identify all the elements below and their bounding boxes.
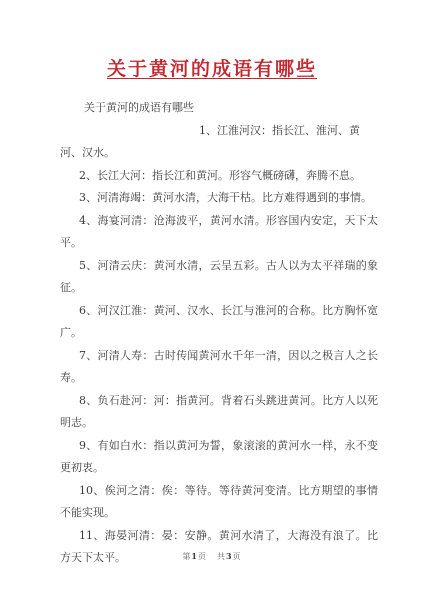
document-body: 关于黄河的成语有哪些 1、江淮河汉：指长江、淮河、黄河、汉水。 2、长江大河：指… [60,97,378,570]
idiom-item-8: 8、负石赴河：河：指黄河。背着石头跳进黄河。比方人以死明志。 [60,390,378,435]
idiom-item-11: 11、海晏河清：晏：安静。黄河水清了，大海没有浪了。比方天下太平。 [60,525,378,570]
idiom-item-2: 2、长江大河：指长江和黄河。形容气概磅礴，奔腾不息。 [60,165,378,188]
idiom-item-10: 10、俟河之清：俟：等待。等待黄河变清。比方期望的事情不能实现。 [60,480,378,525]
footer-page-suffix: 页 [198,552,207,561]
idiom-item-7: 7、河清人寿：古时传闻黄河水千年一清，因以之极言人之长寿。 [60,345,378,390]
footer-total-number: 3 [226,551,233,561]
idiom-item-9: 9、有如白水：指以黄河为誓，象滚滚的黄河水一样，永不变更初衷。 [60,435,378,480]
idiom-item-6: 6、河汉江淮：黄河、汉水、长江与淮河的合称。比方胸怀宽广。 [60,300,378,345]
page-footer: 第1页共3页 [0,551,424,562]
idiom-item-3: 3、河清海竭：黄河水清，大海干枯。比方难得遇到的事情。 [60,187,378,210]
footer-total-prefix: 共 [217,552,226,561]
document-subtitle: 关于黄河的成语有哪些 [60,97,378,120]
footer-total-suffix: 页 [233,552,242,561]
idiom-item-4: 4、海宴河清：沧海波平，黄河水清。形容国内安定，天下太平。 [60,210,378,255]
footer-page-number: 1 [191,551,198,561]
idiom-item-5: 5、河清云庆：黄河水清，云呈五彩。古人以为太平祥瑞的象征。 [60,255,378,300]
document-page: 关于黄河的成语有哪些 关于黄河的成语有哪些 1、江淮河汉：指长江、淮河、黄河、汉… [0,0,424,600]
idiom-item-1: 1、江淮河汉：指长江、淮河、黄河、汉水。 [60,120,378,165]
page-title: 关于黄河的成语有哪些 [0,0,424,81]
